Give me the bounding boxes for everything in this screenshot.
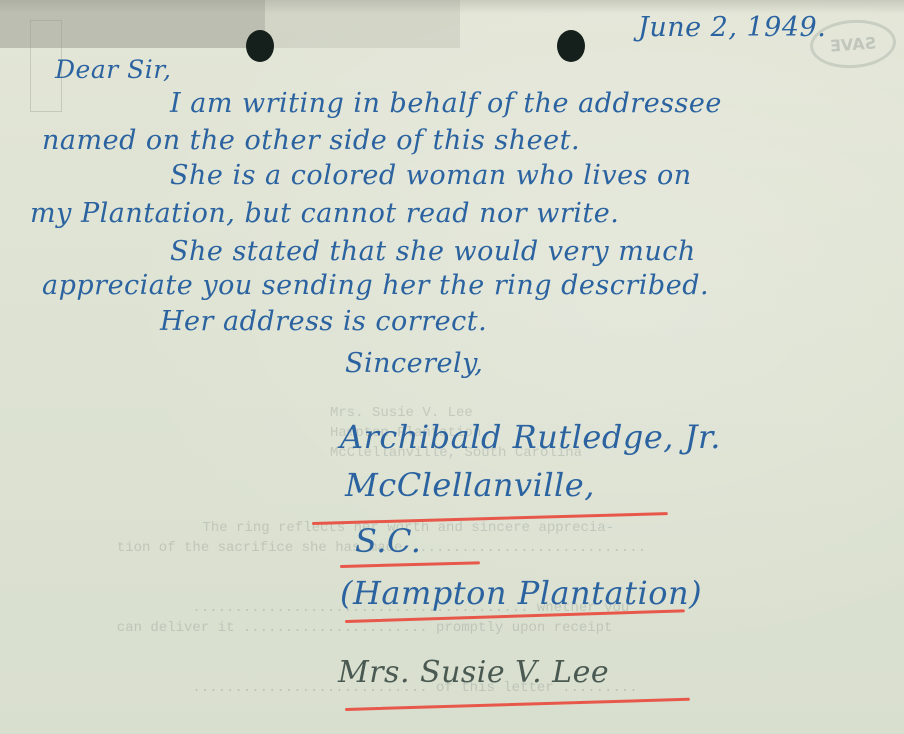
salutation: Dear Sir, xyxy=(55,55,171,84)
signature-town: McClellanville, xyxy=(345,466,595,504)
body-line: named on the other side of this sheet. xyxy=(42,125,580,156)
signature-state: S.C. xyxy=(355,522,421,560)
body-line: appreciate you sending her the ring desc… xyxy=(42,270,709,301)
signature-plantation: (Hampton Plantation) xyxy=(340,574,702,612)
addressee-signature: Mrs. Susie V. Lee xyxy=(338,655,609,690)
signature-name: Archibald Rutledge, Jr. xyxy=(340,418,721,456)
body-line: She stated that she would very much xyxy=(170,236,696,267)
punch-hole-left xyxy=(246,30,274,62)
closing: Sincerely, xyxy=(345,348,483,379)
body-line: Her address is correct. xyxy=(160,306,487,337)
body-line: She is a colored woman who lives on xyxy=(170,160,692,191)
letter-date: June 2, 1949. xyxy=(638,12,826,43)
body-line: my Plantation, but cannot read nor write… xyxy=(30,198,619,229)
body-line: I am writing in behalf of the addressee xyxy=(170,88,722,119)
punch-hole-right xyxy=(557,30,585,62)
